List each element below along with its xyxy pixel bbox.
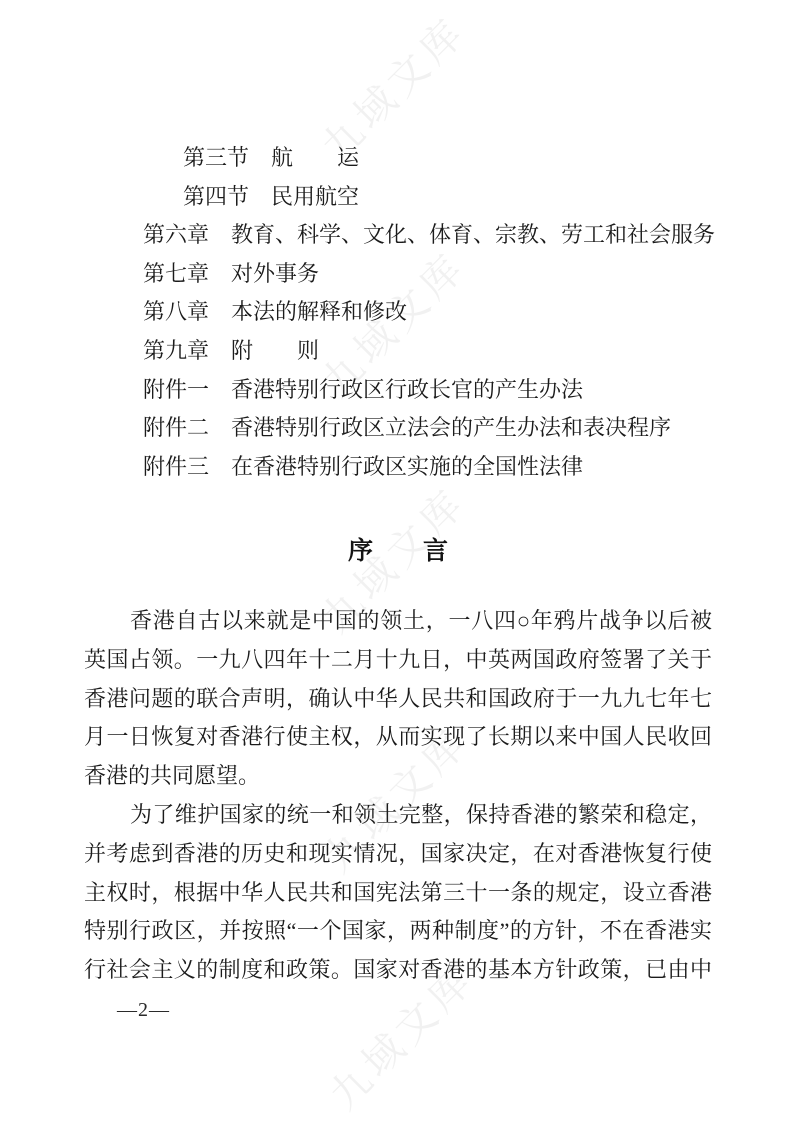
paragraph-line: 特别行政区，并按照“一个国家，两种制度”的方针，不在香港实 [84,912,712,951]
toc-entry: 第九章 附 则 [84,332,712,371]
toc-entry: 第四节 民用航空 [84,178,712,217]
paragraph-line: 为了维护国家的统一和领土完整，保持香港的繁荣和稳定， [84,796,712,835]
paragraph-line: 并考虑到香港的历史和现实情况，国家决定，在对香港恢复行使 [84,835,712,874]
paragraph-line: 行社会主义的制度和政策。国家对香港的基本方针政策，已由中 [84,951,712,990]
toc-entry: 附件二 香港特别行政区立法会的产生办法和表决程序 [84,409,712,448]
toc-entry: 附件三 在香港特别行政区实施的全国性法律 [84,448,712,487]
paragraph-line: 香港的共同愿望。 [84,757,712,796]
document-page: 九域文库 九域文库 九域文库 九域文库 九域文库 第三节 航 运 第四节 民用航… [0,0,793,1122]
preface-heading: 序 言 [84,536,712,566]
paragraph-line: 香港自古以来就是中国的领土，一八四○年鸦片战争以后被 [84,602,712,641]
paragraph-line: 香港问题的联合声明，确认中华人民共和国政府于一九九七年七 [84,680,712,719]
toc-entry: 附件一 香港特别行政区行政长官的产生办法 [84,371,712,410]
toc-entry: 第六章 教育、科学、文化、体育、宗教、劳工和社会服务 [84,216,712,255]
paragraph-line: 英国占领。一九八四年十二月十九日，中英两国政府签署了关于 [84,641,712,680]
paragraph-line: 主权时，根据中华人民共和国宪法第三十一条的规定，设立香港 [84,874,712,913]
page-number: —2— [117,998,170,1022]
table-of-contents: 第三节 航 运 第四节 民用航空 第六章 教育、科学、文化、体育、宗教、劳工和社… [84,139,712,486]
paragraph-line: 月一日恢复对香港行使主权，从而实现了长期以来中国人民收回 [84,718,712,757]
preface-body: 香港自古以来就是中国的领土，一八四○年鸦片战争以后被 英国占领。一九八四年十二月… [84,602,712,990]
toc-entry: 第八章 本法的解释和修改 [84,293,712,332]
toc-entry: 第三节 航 运 [84,139,712,178]
toc-entry: 第七章 对外事务 [84,255,712,294]
